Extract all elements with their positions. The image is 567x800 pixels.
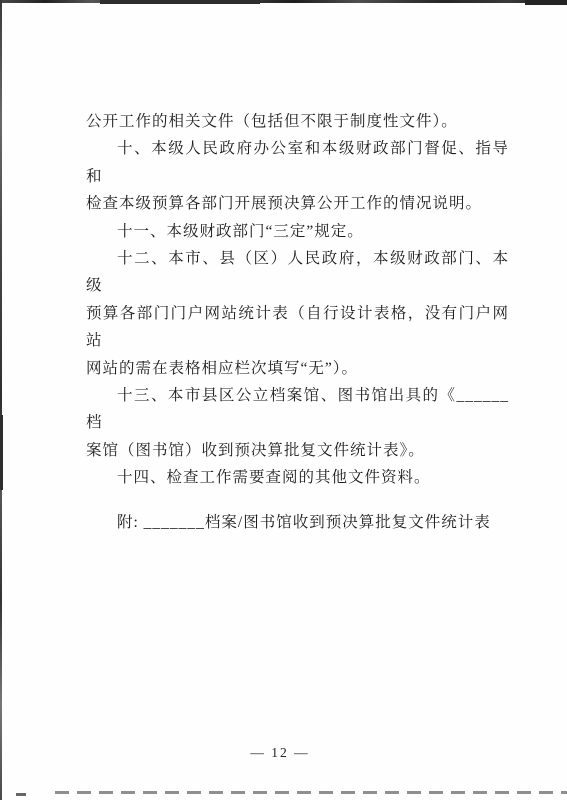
text-line: 公开工作的相关文件（包括但不限于制度性文件）。 <box>86 108 509 135</box>
attachment-line: 附: _______档案/图书馆收到预决算批复文件统计表 <box>86 509 509 536</box>
scan-artifact-bottom-tick <box>16 793 26 796</box>
document-body: 公开工作的相关文件（包括但不限于制度性文件）。 十、本级人民政府办公室和本级财政… <box>86 108 509 536</box>
document-page: 公开工作的相关文件（包括但不限于制度性文件）。 十、本级人民政府办公室和本级财政… <box>0 0 567 800</box>
text-line: 案馆（图书馆）收到预决算批复文件统计表》。 <box>86 437 509 464</box>
page-number: — 12 — <box>0 745 560 761</box>
scan-artifact-left-edge <box>0 0 2 800</box>
text-line: 十四、检查工作需要查阅的其他文件资料。 <box>86 464 509 491</box>
scan-artifact-bottom-edge <box>55 791 567 794</box>
text-line: 检查本级预算各部门开展预决算公开工作的情况说明。 <box>86 190 509 217</box>
text-line: 十二、本市、县（区）人民政府，本级财政部门、本级 <box>86 245 509 300</box>
text-line: 十一、本级财政部门“三定”规定。 <box>86 218 509 245</box>
scan-artifact-left-patch <box>0 415 3 490</box>
scan-artifact-top-edge <box>0 0 567 3</box>
text-line: 网站的需在表格相应栏次填写“无”）。 <box>86 355 509 382</box>
text-line: 十、本级人民政府办公室和本级财政部门督促、指导和 <box>86 135 509 190</box>
text-line: 十三、本市县区公立档案馆、图书馆出具的《______档 <box>86 382 509 437</box>
scan-artifact-top-right-patch <box>525 0 567 5</box>
text-line: 预算各部门门户网站统计表（自行设计表格，没有门户网站 <box>86 300 509 355</box>
scan-artifact-top-patch <box>100 0 260 4</box>
